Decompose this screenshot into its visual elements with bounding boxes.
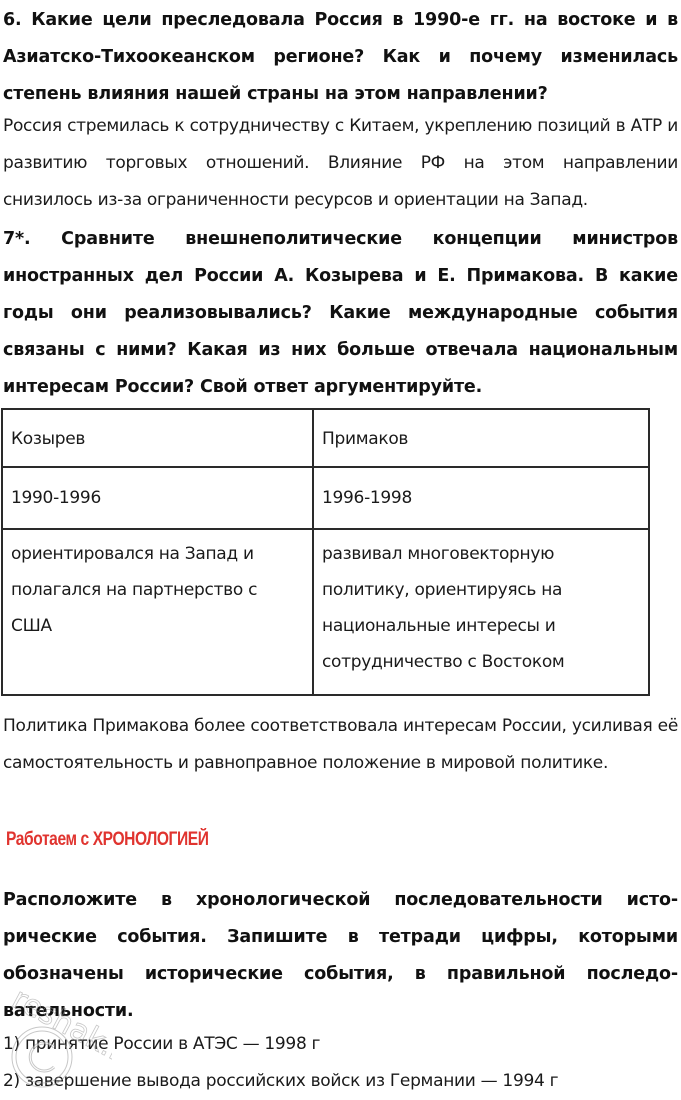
table-row: ориентировался на Запад и полагался на п… (2, 529, 649, 695)
table-cell-primakov-policy: развивал многовекторную политику, ориент… (313, 529, 649, 695)
list-item: 2) завершение вывода российских войск из… (3, 1063, 558, 1100)
question-7: 7*. Сравните внешнеполитические концепци… (3, 221, 678, 406)
chronology-events-list: 1) принятие России в АТЭС — 1998 г 2) за… (3, 1026, 558, 1100)
table-row: Козырев Примаков (2, 409, 649, 467)
list-item: 1) принятие России в АТЭС — 1998 г (3, 1026, 558, 1063)
table-cell-kozyrev-header: Козырев (2, 409, 313, 467)
chronology-task: Расположите в хронологической последоват… (3, 882, 678, 1030)
answer-7: Политика Примакова более соответствовала… (3, 708, 678, 782)
chronology-heading: Работаем с ХРОНОЛОГИЕЙ (6, 829, 209, 851)
table-cell-primakov-header: Примаков (313, 409, 649, 467)
comparison-table: Козырев Примаков 1990-1996 1996-1998 ори… (1, 408, 650, 696)
answer-6: Россия стремилась к сотрудничеству с Кит… (3, 108, 678, 219)
table-cell-kozyrev-years: 1990-1996 (2, 467, 313, 529)
question-6: 6. Какие цели преследовала Россия в 1990… (3, 2, 678, 113)
table-row: 1990-1996 1996-1998 (2, 467, 649, 529)
table-cell-kozyrev-policy: ориентировался на Запад и полагался на п… (2, 529, 313, 695)
table-cell-primakov-years: 1996-1998 (313, 467, 649, 529)
